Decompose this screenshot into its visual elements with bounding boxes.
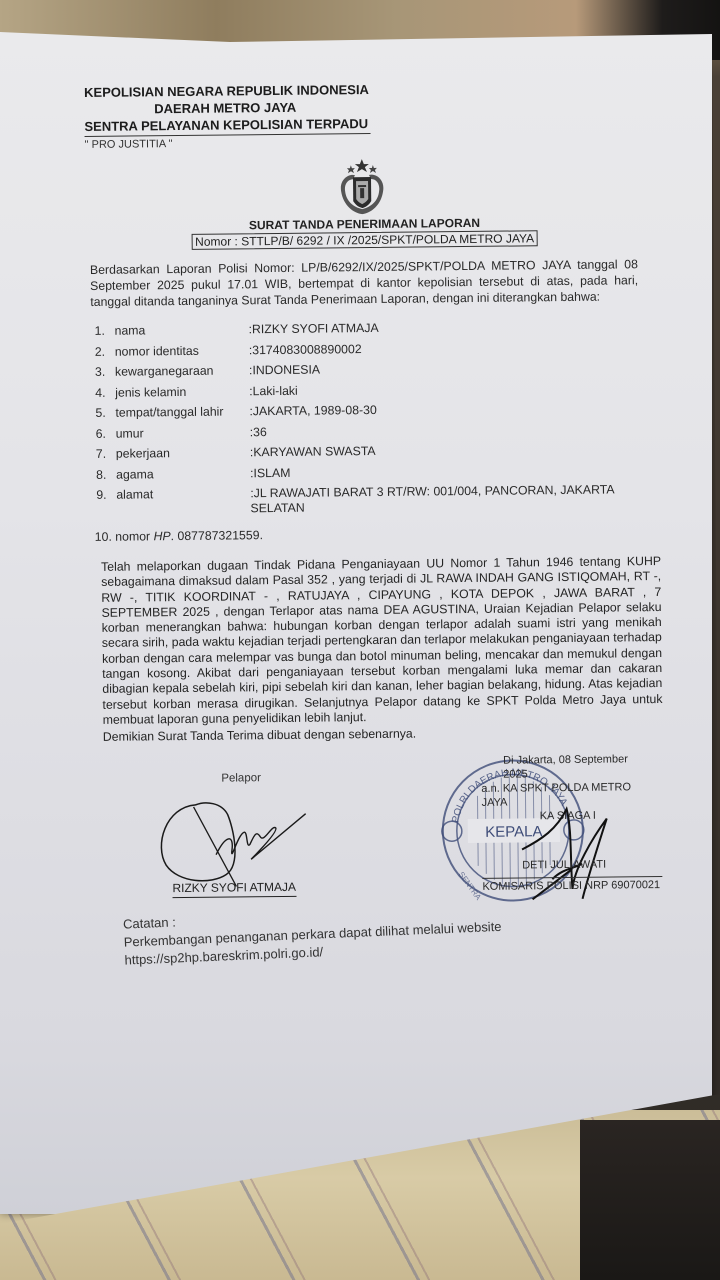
field-number: 1. — [95, 324, 115, 338]
document-number: Nomor : STTLP/B/ 6292 / IX /2025/SPKT/PO… — [192, 230, 537, 250]
field-label: nomor identitas — [115, 343, 249, 358]
official-signature — [512, 798, 623, 909]
field-value: :JAKARTA, 1989-08-30 — [249, 400, 643, 419]
field-value: :3174083008890002 — [249, 339, 643, 358]
field-value: :36 — [250, 421, 644, 440]
report-body-paragraph: Telah melaporkan dugaan Tindak Pidana Pe… — [101, 554, 663, 728]
phone-label-italic: HP — [153, 529, 170, 543]
field-number: 8. — [96, 467, 116, 481]
field-value: :Laki-laki — [249, 380, 643, 399]
field-label: nama — [115, 322, 249, 337]
field-number: 4. — [95, 385, 115, 399]
field-number: 7. — [96, 447, 116, 461]
official-name: DETI JULIAWATI — [522, 859, 606, 872]
letterhead: KEPOLISIAN NEGARA REPUBLIK INDONESIA DAE… — [84, 78, 645, 137]
field-label: kewarganegaraan — [115, 363, 249, 378]
official-rank: KOMISARIS POLISI NRP 69070021 — [482, 876, 662, 893]
title-block: SURAT TANDA PENERIMAAN LAPORAN Nomor : S… — [189, 215, 539, 251]
phone-number-row: 10. nomor HP. 087787321559. — [95, 528, 263, 544]
reporter-name: RIZKY SYOFI ATMAJA — [172, 880, 296, 898]
background-shadow — [580, 1120, 720, 1280]
field-value: :KARYAWAN SWASTA — [250, 441, 644, 460]
field-value: :ISLAM — [250, 462, 644, 481]
reporter-label: Pelapor — [221, 772, 261, 784]
field-label: alamat — [116, 486, 250, 501]
field-number: 5. — [95, 406, 115, 420]
notes-block: Catatan : Perkembangan penanganan perkar… — [123, 900, 503, 970]
phone-value: . 087787321559. — [171, 528, 263, 543]
field-label: tempat/tanggal lahir — [115, 404, 249, 419]
document-content: KEPOLISIAN NEGARA REPUBLIK INDONESIA DAE… — [84, 78, 645, 151]
field-label: jenis kelamin — [115, 384, 249, 399]
field-value: :JL RAWAJATI BARAT 3 RT/RW: 001/004, PAN… — [250, 482, 644, 516]
field-value: :INDONESIA — [249, 359, 643, 378]
field-number: 9. — [96, 488, 116, 502]
document-paper: KEPOLISIAN NEGARA REPUBLIK INDONESIA DAE… — [0, 14, 712, 1214]
closing-statement: Demikian Surat Tanda Terima dibuat denga… — [103, 727, 416, 744]
intro-paragraph: Berdasarkan Laporan Polisi Nomor: LP/B/6… — [90, 256, 638, 310]
field-number: 3. — [95, 365, 115, 379]
phone-label: 10. nomor — [95, 529, 154, 544]
reporter-fields: 1. nama :RIZKY SYOFI ATMAJA 2. nomor ide… — [95, 318, 645, 524]
official-place-date: Di Jakarta, 08 September 2025 — [475, 752, 651, 782]
field-label: agama — [116, 466, 250, 481]
field-label: umur — [116, 425, 250, 440]
field-value: :RIZKY SYOFI ATMAJA — [249, 318, 643, 337]
field-number: 6. — [96, 426, 116, 440]
field-number: 2. — [95, 344, 115, 358]
letterhead-line1: KEPOLISIAN NEGARA REPUBLIK INDONESIA — [84, 78, 644, 101]
police-emblem-icon — [331, 157, 394, 220]
field-row: 9. alamat :JL RAWAJATI BARAT 3 RT/RW: 00… — [96, 482, 644, 524]
field-label: pekerjaan — [116, 445, 250, 460]
